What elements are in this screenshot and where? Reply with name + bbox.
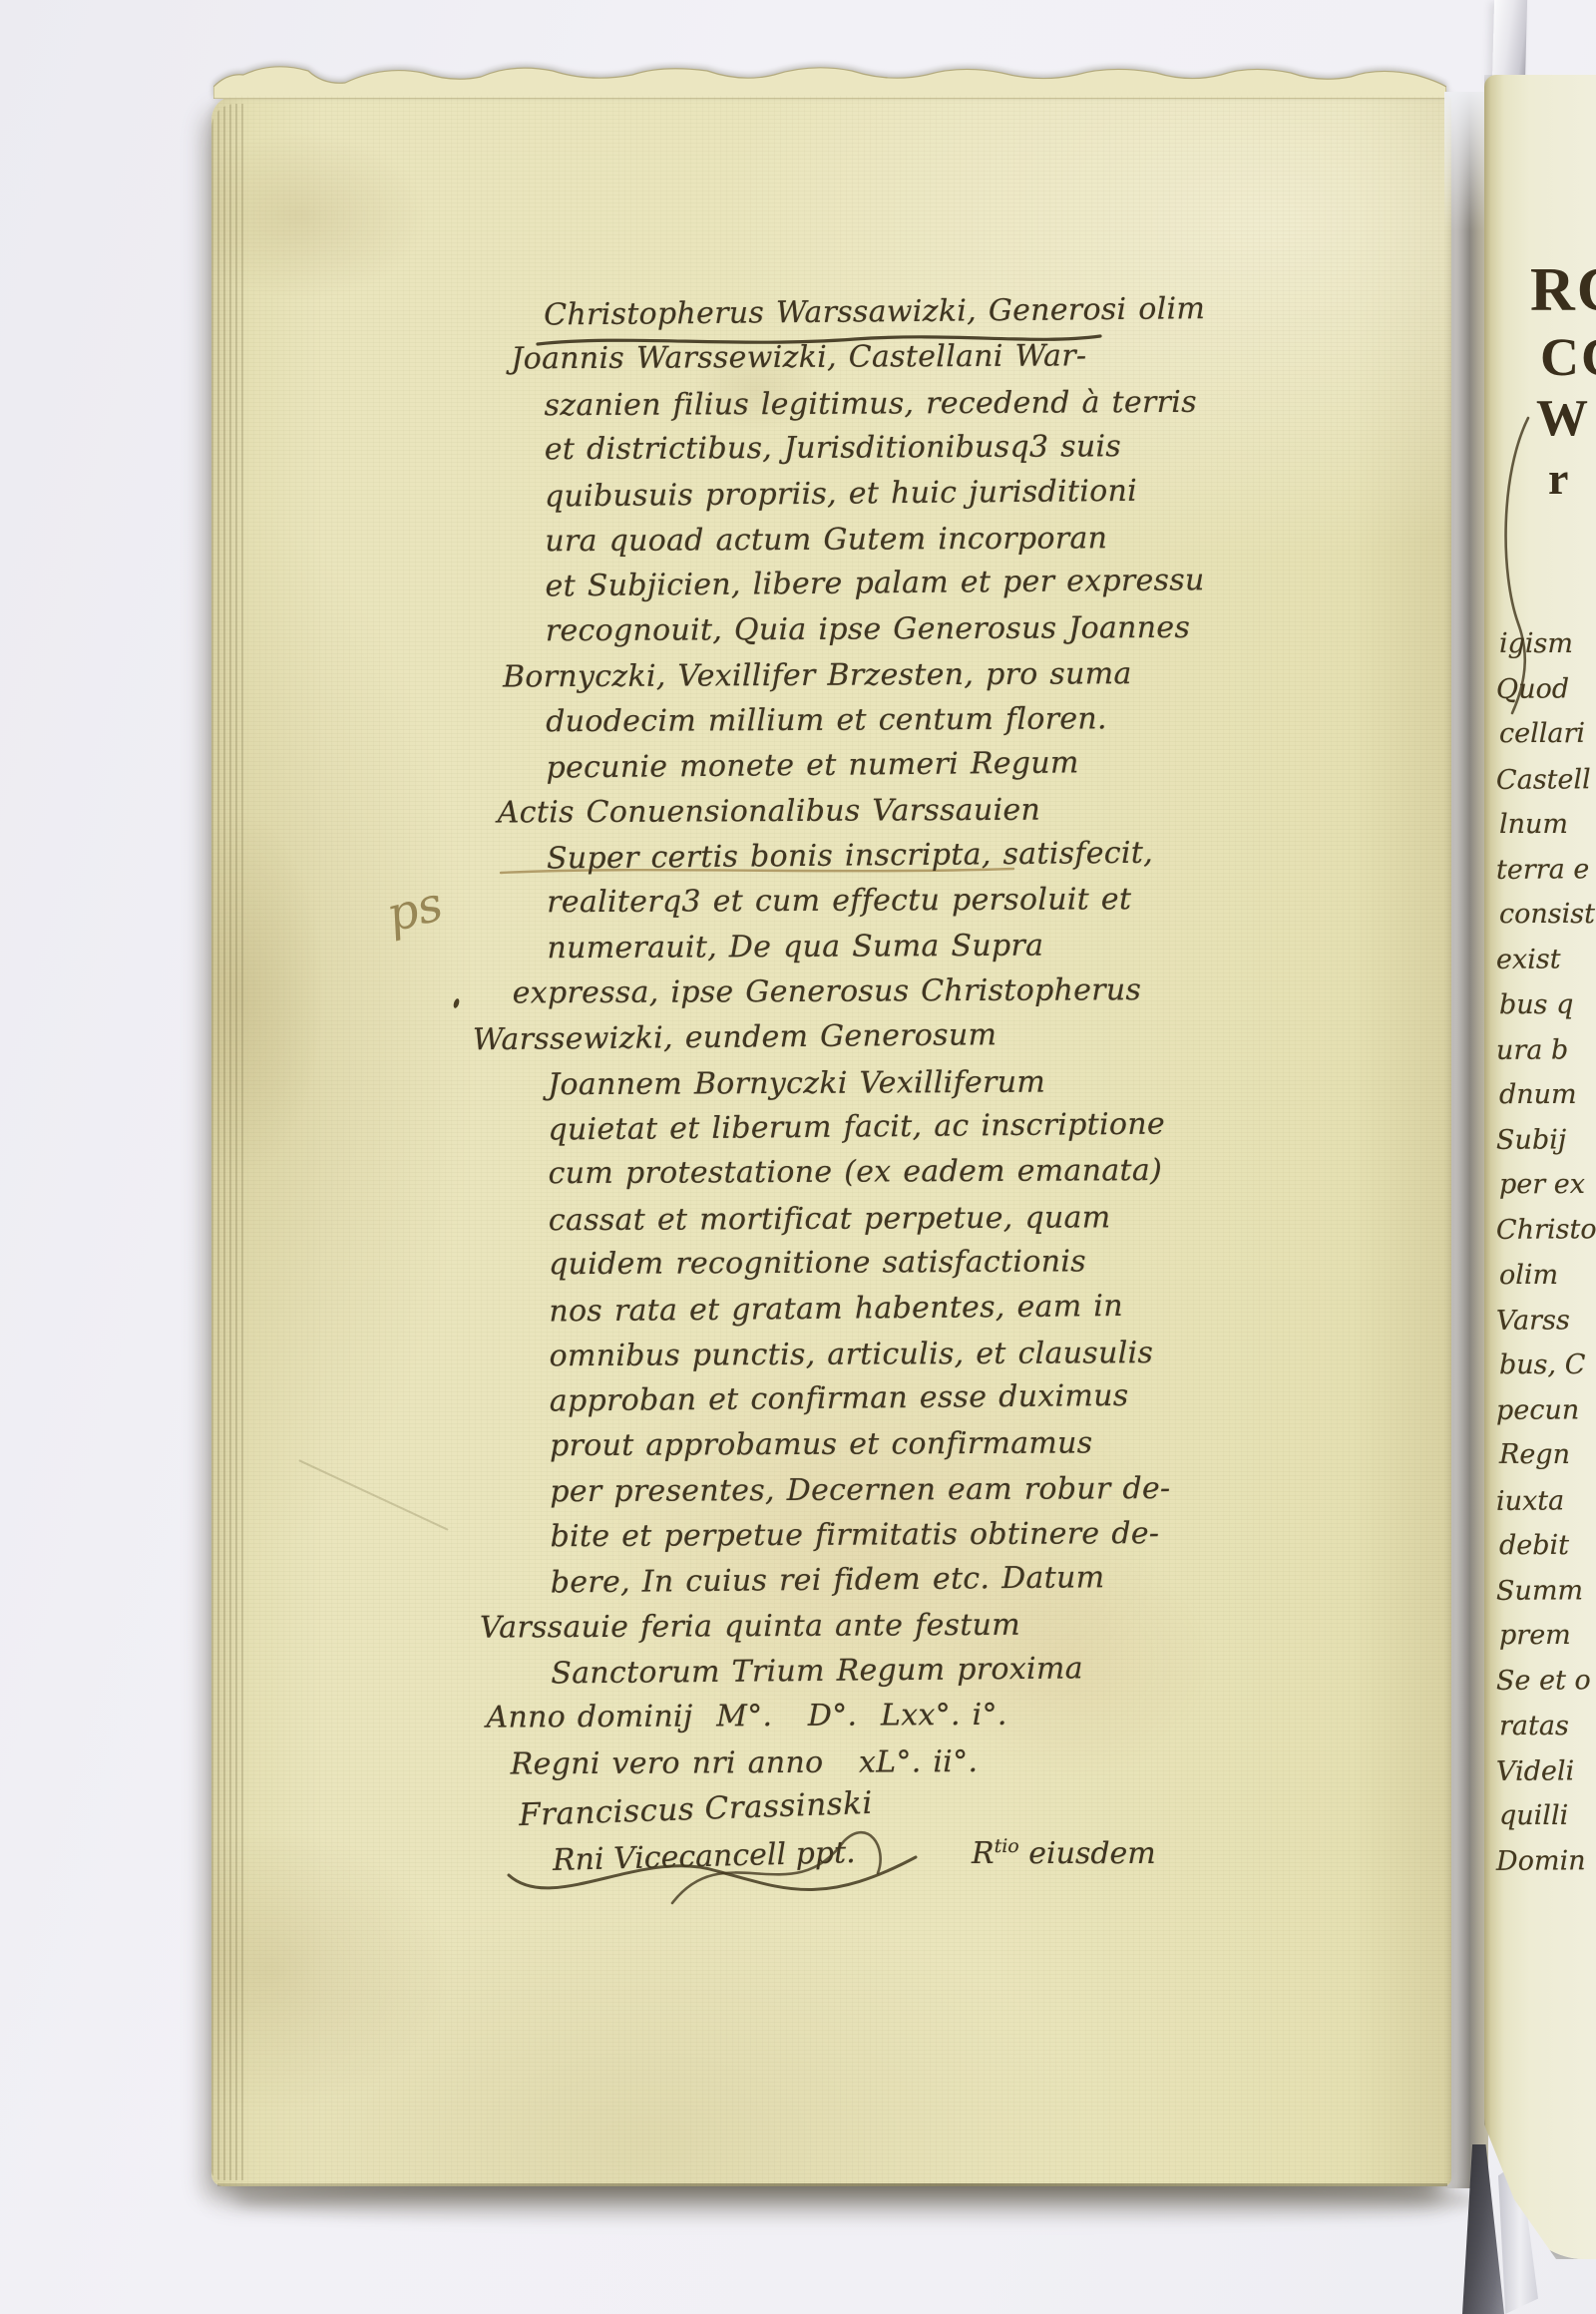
right-page-heading-fragment: CC	[1540, 326, 1596, 388]
right-page-line-fragment: Quod	[1496, 665, 1596, 712]
manuscript-left-page: ps Christopherus Warssawizki, Generosi o…	[211, 96, 1451, 2186]
right-page-line-fragment: prem	[1499, 1613, 1596, 1658]
right-page-line-fragment: pecun	[1496, 1386, 1596, 1433]
right-page-line-fragment: exist	[1496, 936, 1596, 982]
manuscript-line: prout approbamus et confirmamus	[217, 1418, 1457, 1470]
right-page-line-fragment: Castell	[1496, 756, 1596, 803]
right-page-line-fragment: bus q	[1499, 982, 1596, 1027]
right-page-line-fragment: lnum	[1499, 802, 1596, 847]
manuscript-line: Regni vero nri anno xL°. ii°.	[219, 1736, 1459, 1788]
signature-flourish	[493, 1817, 1051, 1927]
page-deckle-edge	[213, 57, 1446, 99]
right-page-line-fragment: Subij	[1496, 1116, 1596, 1163]
right-page-line-fragment: Videli	[1496, 1747, 1596, 1794]
right-page-line-fragment: Se et o	[1496, 1657, 1596, 1704]
manuscript-line: recognouit, Quia ipse Generosus Joannes	[213, 603, 1453, 655]
manuscript-line: nos rata et gratam habentes, eam in	[216, 1280, 1456, 1337]
manuscript-line: bere, In cuius rei fidem etc. Datum	[218, 1552, 1458, 1609]
right-page-line-fragment: igism	[1499, 621, 1596, 666]
manuscript-line: realiterq3 et cum effectu persoluit et	[214, 876, 1454, 928]
manuscript-line: Bornyczki, Vexillifer Brzesten, pro suma	[213, 650, 1453, 702]
manuscript-line: cum protestatione (ex eadem emanata)	[216, 1147, 1456, 1199]
right-page-text-block: igismQuodcellariCastelllnumterra econsis…	[1499, 621, 1596, 1883]
right-page-line-fragment: debit	[1499, 1523, 1596, 1568]
manuscript-line: szanien filius legitimus, recedend à ter…	[211, 378, 1451, 430]
manuscript-text-block: Christopherus Warssawizki, Generosi olim…	[211, 286, 1459, 1786]
right-page-line-fragment: quilli	[1499, 1793, 1596, 1838]
right-page-heading-fragment: r	[1548, 450, 1596, 508]
right-page-line-fragment: Summ	[1496, 1567, 1596, 1614]
manuscript-line: per presentes, Decernen eam robur de-	[217, 1465, 1457, 1517]
right-page-line-fragment: Varss	[1496, 1297, 1596, 1344]
manuscript-line: cassat et mortificat perpetue, quam	[216, 1193, 1456, 1245]
right-page-heading-fragment: W	[1536, 388, 1596, 450]
right-page-line-fragment: consist	[1499, 892, 1596, 937]
right-page-line-fragment: Regn	[1499, 1432, 1596, 1477]
book-photo: ps Christopherus Warssawizki, Generosi o…	[0, 0, 1596, 2314]
right-page-heading-fragment: RC	[1530, 254, 1596, 326]
right-page-line-fragment: dnum	[1499, 1072, 1596, 1117]
manuscript-line: pecunie monete et numeri Regum	[213, 737, 1453, 794]
right-page-line-fragment: per ex	[1499, 1162, 1596, 1207]
manuscript-line: Anno dominij M°. D°. Lxx°. i°.	[218, 1691, 1458, 1742]
manuscript-line: numerauit, De qua Suma Supra	[214, 922, 1454, 973]
right-page-line-fragment: Domin	[1496, 1837, 1596, 1884]
right-page-line-fragment: olim	[1499, 1253, 1596, 1298]
right-page-line-fragment: Christo	[1496, 1207, 1596, 1254]
right-page-line-fragment: terra e	[1496, 846, 1596, 893]
manuscript-line: Warssewizki, eundem Generosum	[215, 1008, 1455, 1065]
right-page-line-fragment: iuxta	[1496, 1477, 1596, 1524]
page-bottom-edge	[217, 2183, 1447, 2186]
right-page-line-fragment: ura b	[1496, 1026, 1596, 1073]
manuscript-line: quibusuis propriis, et huic jurisditioni	[212, 465, 1452, 522]
book-gutter	[1444, 92, 1488, 2188]
right-page-line-fragment: ratas	[1499, 1704, 1596, 1748]
right-page-line-fragment: bus, C	[1499, 1343, 1596, 1387]
manuscript-right-page: RCCCWr igismQuodcellariCastelllnumterra …	[1484, 75, 1596, 2259]
right-page-line-fragment: cellari	[1499, 711, 1596, 756]
bookmark-ribbon-top	[1492, 0, 1527, 86]
manuscript-line: Joannis Warssewizki, Castellani War-	[211, 332, 1451, 384]
